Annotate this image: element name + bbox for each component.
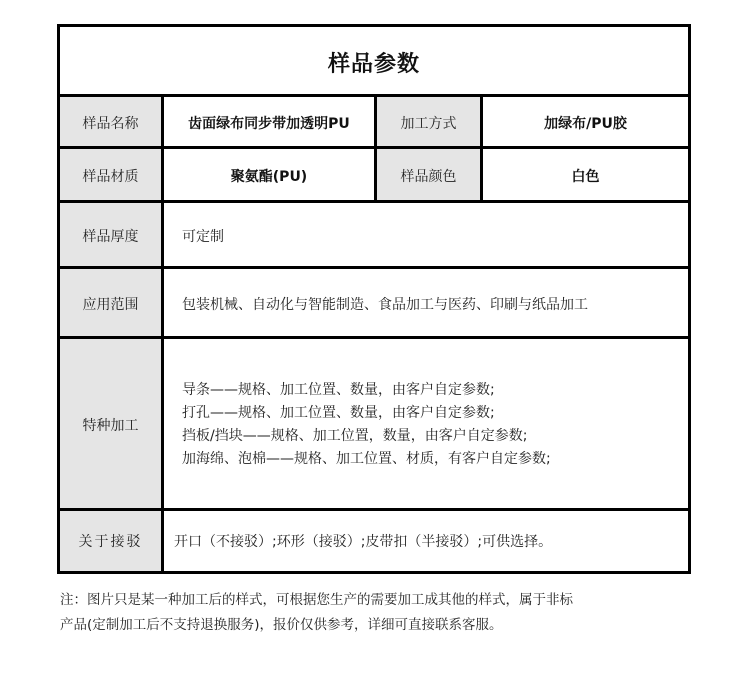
value-special-processing: 导条——规格、加工位置、数量，由客户自定参数; 打孔——规格、加工位置、数量，由… — [164, 339, 688, 511]
table-row-thickness: 样品厚度 可定制 — [60, 200, 688, 269]
table-title: 样品参数 — [60, 27, 688, 97]
value-splice: 开口（不接驳）;环形（接驳）;皮带扣（半接驳）;可供选择。 — [164, 511, 688, 571]
label-sample-color: 样品颜色 — [377, 149, 483, 203]
value-processing-method: 加绿布/PU胶 — [483, 97, 688, 149]
footnote-line: 注：图片只是某一种加工后的样式，可根据您生产的需要加工成其他的样式，属于非标 — [60, 588, 700, 613]
table-row-material: 样品材质 聚氨酯(PU) 样品颜色 白色 — [60, 146, 688, 203]
label-sample-material: 样品材质 — [60, 149, 164, 203]
title-row: 样品参数 — [60, 27, 688, 97]
label-splice: 关于接驳 — [60, 511, 164, 571]
spec-table: 样品参数 样品名称 齿面绿布同步带加透明PU 加工方式 加绿布/PU胶 样品材质… — [57, 24, 691, 574]
special-line: 加海绵、泡棉——规格、加工位置、材质，有客户自定参数; — [182, 448, 551, 471]
label-application-scope: 应用范围 — [60, 269, 164, 339]
table-row-name: 样品名称 齿面绿布同步带加透明PU 加工方式 加绿布/PU胶 — [60, 94, 688, 149]
footnote: 注：图片只是某一种加工后的样式，可根据您生产的需要加工成其他的样式，属于非标 产… — [60, 588, 700, 638]
label-sample-thickness: 样品厚度 — [60, 203, 164, 269]
special-line: 打孔——规格、加工位置、数量，由客户自定参数; — [182, 402, 495, 425]
value-sample-name: 齿面绿布同步带加透明PU — [164, 97, 377, 149]
table-row-splice: 关于接驳 开口（不接驳）;环形（接驳）;皮带扣（半接驳）;可供选择。 — [60, 508, 688, 571]
value-application-scope: 包装机械、自动化与智能制造、食品加工与医药、印刷与纸品加工 — [164, 269, 688, 339]
label-processing-method: 加工方式 — [377, 97, 483, 149]
special-line: 挡板/挡块——规格、加工位置，数量，由客户自定参数; — [182, 425, 527, 448]
table-row-application: 应用范围 包装机械、自动化与智能制造、食品加工与医药、印刷与纸品加工 — [60, 266, 688, 339]
footnote-line: 产品(定制加工后不支持退换服务)，报价仅供参考，详细可直接联系客服。 — [60, 613, 700, 638]
value-sample-color: 白色 — [483, 149, 688, 203]
label-special-processing: 特种加工 — [60, 339, 164, 511]
value-sample-thickness: 可定制 — [164, 203, 688, 269]
value-sample-material: 聚氨酯(PU) — [164, 149, 377, 203]
special-line: 导条——规格、加工位置、数量，由客户自定参数; — [182, 379, 495, 402]
label-sample-name: 样品名称 — [60, 97, 164, 149]
table-row-special-processing: 特种加工 导条——规格、加工位置、数量，由客户自定参数; 打孔——规格、加工位置… — [60, 336, 688, 511]
